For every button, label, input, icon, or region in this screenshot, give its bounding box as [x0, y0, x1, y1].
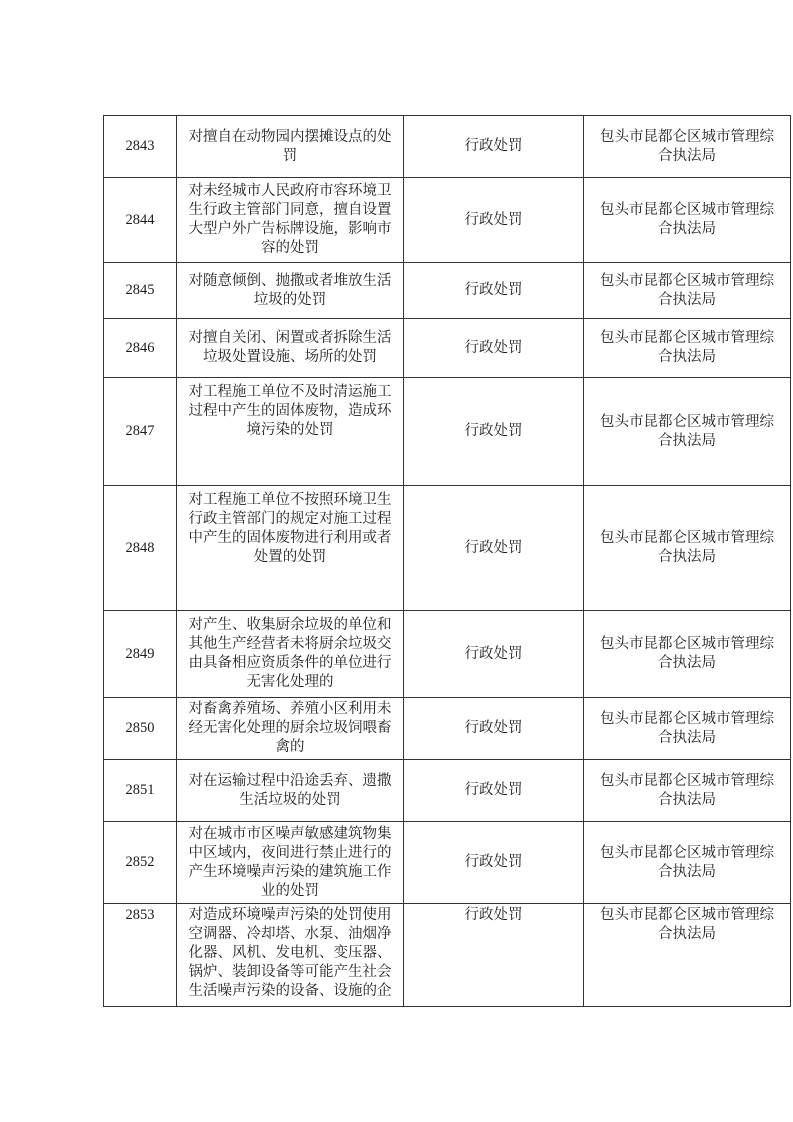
row-id: 2853 — [104, 904, 177, 1007]
table-row: 2844 对未经城市人民政府市容环境卫 生行政主管部门同意，擅自设置 大型户外广… — [104, 178, 791, 263]
table-row: 2850 对畜禽养殖场、养殖小区利用未 经无害化处理的厨余垃圾饲喂畜 禽的 行政… — [104, 698, 791, 760]
row-authority: 包头市昆都仑区城市管理综 合执法局 — [584, 178, 791, 263]
table-row: 2852 对在城市市区噪声敏感建筑物集 中区域内，夜间进行禁止进行的 产生环境噪… — [104, 822, 791, 904]
row-id: 2849 — [104, 611, 177, 698]
row-authority: 包头市昆都仑区城市管理综 合执法局 — [584, 319, 791, 378]
row-type: 行政处罚 — [404, 378, 584, 486]
row-id: 2846 — [104, 319, 177, 378]
row-type: 行政处罚 — [404, 698, 584, 760]
row-authority: 包头市昆都仑区城市管理综 合执法局 — [584, 822, 791, 904]
row-id: 2850 — [104, 698, 177, 760]
row-matter: 对擅自关闭、闲置或者拆除生活 垃圾处置设施、场所的处罚 — [177, 319, 404, 378]
row-authority: 包头市昆都仑区城市管理综 合执法局 — [584, 611, 791, 698]
row-authority: 包头市昆都仑区城市管理综 合执法局 — [584, 698, 791, 760]
row-authority: 包头市昆都仑区城市管理综 合执法局 — [584, 904, 791, 1007]
row-id: 2852 — [104, 822, 177, 904]
table-row: 2849 对产生、收集厨余垃圾的单位和 其他生产经营者未将厨余垃圾交 由具备相应… — [104, 611, 791, 698]
table-row: 2847 对工程施工单位不及时清运施工 过程中产生的固体废物，造成环 境污染的处… — [104, 378, 791, 486]
document-page: 2843 对擅自在动物园内摆摊设点的处 罚 行政处罚 包头市昆都仑区城市管理综 … — [0, 0, 793, 1122]
row-id: 2844 — [104, 178, 177, 263]
row-type: 行政处罚 — [404, 611, 584, 698]
row-authority: 包头市昆都仑区城市管理综 合执法局 — [584, 486, 791, 611]
table-row: 2853 对造成环境噪声污染的处罚使用 空调器、冷却塔、水泵、油烟净 化器、风机… — [104, 904, 791, 1007]
row-authority: 包头市昆都仑区城市管理综 合执法局 — [584, 116, 791, 178]
table-row: 2843 对擅自在动物园内摆摊设点的处 罚 行政处罚 包头市昆都仑区城市管理综 … — [104, 116, 791, 178]
row-type: 行政处罚 — [404, 822, 584, 904]
row-type: 行政处罚 — [404, 116, 584, 178]
row-matter: 对畜禽养殖场、养殖小区利用未 经无害化处理的厨余垃圾饲喂畜 禽的 — [177, 698, 404, 760]
table-row: 2851 对在运输过程中沿途丢弃、遗撒 生活垃圾的处罚 行政处罚 包头市昆都仑区… — [104, 760, 791, 822]
row-type: 行政处罚 — [404, 760, 584, 822]
row-type: 行政处罚 — [404, 178, 584, 263]
row-id: 2848 — [104, 486, 177, 611]
row-matter: 对在城市市区噪声敏感建筑物集 中区域内，夜间进行禁止进行的 产生环境噪声污染的建… — [177, 822, 404, 904]
row-type: 行政处罚 — [404, 319, 584, 378]
row-matter: 对擅自在动物园内摆摊设点的处 罚 — [177, 116, 404, 178]
row-id: 2845 — [104, 263, 177, 319]
row-matter: 对在运输过程中沿途丢弃、遗撒 生活垃圾的处罚 — [177, 760, 404, 822]
row-authority: 包头市昆都仑区城市管理综 合执法局 — [584, 760, 791, 822]
row-type: 行政处罚 — [404, 486, 584, 611]
penalty-items-table: 2843 对擅自在动物园内摆摊设点的处 罚 行政处罚 包头市昆都仑区城市管理综 … — [103, 115, 791, 1007]
row-authority: 包头市昆都仑区城市管理综 合执法局 — [584, 378, 791, 486]
table-row: 2846 对擅自关闭、闲置或者拆除生活 垃圾处置设施、场所的处罚 行政处罚 包头… — [104, 319, 791, 378]
table-row: 2845 对随意倾倒、抛撒或者堆放生活 垃圾的处罚 行政处罚 包头市昆都仑区城市… — [104, 263, 791, 319]
row-matter: 对工程施工单位不及时清运施工 过程中产生的固体废物，造成环 境污染的处罚 — [177, 378, 404, 486]
row-matter: 对未经城市人民政府市容环境卫 生行政主管部门同意，擅自设置 大型户外广告标牌设施… — [177, 178, 404, 263]
row-id: 2851 — [104, 760, 177, 822]
row-authority: 包头市昆都仑区城市管理综 合执法局 — [584, 263, 791, 319]
row-type: 行政处罚 — [404, 263, 584, 319]
row-matter: 对造成环境噪声污染的处罚使用 空调器、冷却塔、水泵、油烟净 化器、风机、发电机、… — [177, 904, 404, 1007]
row-id: 2843 — [104, 116, 177, 178]
table-row: 2848 对工程施工单位不按照环境卫生 行政主管部门的规定对施工过程 中产生的固… — [104, 486, 791, 611]
row-matter: 对产生、收集厨余垃圾的单位和 其他生产经营者未将厨余垃圾交 由具备相应资质条件的… — [177, 611, 404, 698]
row-matter: 对工程施工单位不按照环境卫生 行政主管部门的规定对施工过程 中产生的固体废物进行… — [177, 486, 404, 611]
row-id: 2847 — [104, 378, 177, 486]
row-matter: 对随意倾倒、抛撒或者堆放生活 垃圾的处罚 — [177, 263, 404, 319]
row-type: 行政处罚 — [404, 904, 584, 1007]
